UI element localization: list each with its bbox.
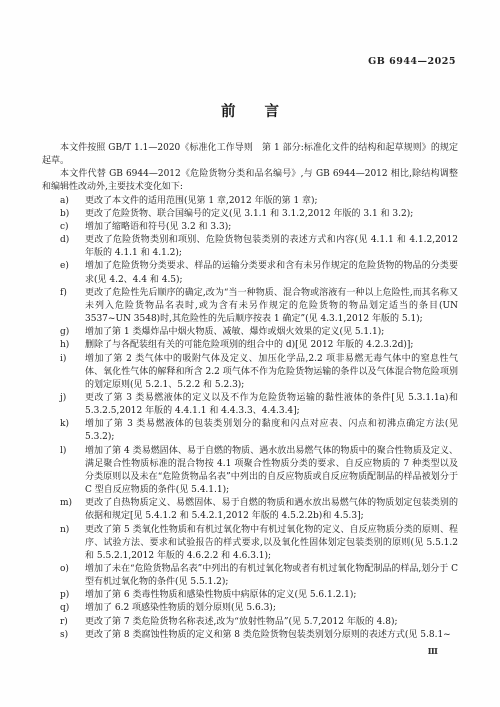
item-text: 更改了危险性先后顺序的确定,改为“当一种物质、混合物或溶液有一种以上危险性,而其… — [85, 287, 458, 326]
item-label: j) — [60, 392, 85, 405]
item-text: 更改了危险货物类别和项别、危险货物包装类别的表述方式和内容(见 4.1.1 和 … — [85, 234, 458, 260]
item-label: k) — [60, 418, 85, 431]
item-text: 增加了第 6 类毒性物质和感染性物质中病原体的定义(见 5.6.1.2.1); — [85, 589, 458, 602]
change-list-item: r) 更改了第 7 类危险货物名称表述,改为“放射性物品”(见 5.7,2012… — [42, 616, 458, 629]
change-list-item: p) 增加了第 6 类毒性物质和感染性物质中病原体的定义(见 5.6.1.2.1… — [42, 589, 458, 602]
item-text: 更改了第 3 类易燃液体的定义以及不作为危险货物运输的黏性液体的条件[见 5.3… — [85, 392, 458, 418]
change-list-item: c) 增加了缩略语和符号(见 3.2 和 3.3); — [42, 221, 458, 234]
item-label: n) — [60, 524, 85, 537]
item-label: a) — [60, 195, 85, 208]
item-text: 更改了第 8 类腐蚀性物质的定义和第 8 类危险货物包装类别划分原则的表述方式(… — [85, 629, 458, 642]
change-list-item: g) 增加了第 1 类爆炸品中烟火物质、减敏、爆炸或烟火效果的定义(见 5.1.… — [42, 326, 458, 339]
item-label: f) — [60, 287, 85, 300]
item-label: d) — [60, 234, 85, 247]
item-label: r) — [60, 616, 85, 629]
foreword-paragraph: 本文件按照 GB/T 1.1—2020《标准化工作导则 第 1 部分:标准化文件… — [42, 142, 458, 168]
item-text: 更改了危险货物、联合国编号的定义(见 3.1.1 和 3.1.2,2012 年版… — [85, 208, 458, 221]
item-text: 增加了第 1 类爆炸品中烟火物质、减敏、爆炸或烟火效果的定义(见 5.1.1); — [85, 326, 458, 339]
foreword-body: 本文件按照 GB/T 1.1—2020《标准化工作导则 第 1 部分:标准化文件… — [42, 142, 458, 642]
change-list-item: s) 更改了第 8 类腐蚀性物质的定义和第 8 类危险货物包装类别划分原则的表述… — [42, 629, 458, 642]
item-text: 更改了自热物质定义、易燃固体、易于自燃的物质和遇水放出易燃气体的物质划定包装类别… — [85, 497, 458, 523]
item-label: c) — [60, 221, 85, 234]
item-label: q) — [60, 602, 85, 615]
change-list-item: a) 更改了本文件的适用范围(见第 1 章,2012 年版的第 1 章); — [42, 195, 458, 208]
item-label: o) — [60, 563, 85, 576]
change-list-item: i) 增加了第 2 类气体中的吸附气体及定义、加压化学品,2.2 项非易燃无毒气… — [42, 353, 458, 392]
change-list-item: f) 更改了危险性先后顺序的确定,改为“当一种物质、混合物或溶液有一种以上危险性… — [42, 287, 458, 326]
item-text: 增加了未在“危险货物品名表”中列出的有机过氧化物或者有机过氧化物配制品的样品,划… — [85, 563, 458, 589]
change-list-item: m) 更改了自热物质定义、易燃固体、易于自燃的物质和遇水放出易燃气体的物质划定包… — [42, 497, 458, 523]
item-text: 删除了与各配装组有关的可能危险项别的组合中的 d)[见 2012 年版的 4.2… — [85, 339, 458, 352]
item-text: 更改了第 7 类危险货物名称表述,改为“放射性物品”(见 5.7,2012 年版… — [85, 616, 458, 629]
change-list-item: k) 增加了第 3 类易燃液体的包装类别划分的黏度和闪点对应表、闪点和初沸点确定… — [42, 418, 458, 444]
item-text: 增加了 6.2 项感染性物质的划分原则(见 5.6.3); — [85, 602, 458, 615]
change-list-item: q) 增加了 6.2 项感染性物质的划分原则(见 5.6.3); — [42, 602, 458, 615]
item-text: 增加了第 4 类易燃固体、易于自燃的物质、遇水放出易燃气体的物质中的聚合性物质及… — [85, 445, 458, 498]
item-text: 更改了本文件的适用范围(见第 1 章,2012 年版的第 1 章); — [85, 195, 458, 208]
change-list-item: l) 增加了第 4 类易燃固体、易于自燃的物质、遇水放出易燃气体的物质中的聚合性… — [42, 445, 458, 498]
change-list-item: h) 删除了与各配装组有关的可能危险项别的组合中的 d)[见 2012 年版的 … — [42, 339, 458, 352]
item-text: 增加了危险货物分类要求、样品的运输分类要求和含有未另作规定的危险货物的物品的分类… — [85, 260, 458, 286]
page-title: 前 言 — [0, 100, 500, 121]
item-label: b) — [60, 208, 85, 221]
change-list-item: d) 更改了危险货物类别和项别、危险货物包装类别的表述方式和内容(见 4.1.1… — [42, 234, 458, 260]
item-text: 增加了第 2 类气体中的吸附气体及定义、加压化学品,2.2 项非易燃无毒气体中的… — [85, 353, 458, 392]
item-label: p) — [60, 589, 85, 602]
standard-number: GB 6944—2025 — [368, 56, 456, 67]
change-list-item: o) 增加了未在“危险货物品名表”中列出的有机过氧化物或者有机过氧化物配制品的样… — [42, 563, 458, 589]
change-list-item: j) 更改了第 3 类易燃液体的定义以及不作为危险货物运输的黏性液体的条件[见 … — [42, 392, 458, 418]
change-list: a) 更改了本文件的适用范围(见第 1 章,2012 年版的第 1 章); b)… — [42, 195, 458, 642]
item-text: 增加了第 3 类易燃液体的包装类别划分的黏度和闪点对应表、闪点和初沸点确定方法(… — [85, 418, 458, 444]
document-page: GB 6944—2025 前 言 本文件按照 GB/T 1.1—2020《标准化… — [0, 0, 500, 707]
page-number: Ⅲ — [428, 647, 438, 657]
foreword-paragraph: 本文件代替 GB 6944—2012《危险货物分类和品名编号》,与 GB 694… — [42, 168, 458, 194]
item-label: i) — [60, 353, 85, 366]
item-label: s) — [60, 629, 85, 642]
item-label: m) — [60, 497, 85, 510]
item-label: h) — [60, 339, 85, 352]
item-label: e) — [60, 260, 85, 273]
item-label: g) — [60, 326, 85, 339]
item-text: 增加了缩略语和符号(见 3.2 和 3.3); — [85, 221, 458, 234]
change-list-item: e) 增加了危险货物分类要求、样品的运输分类要求和含有未另作规定的危险货物的物品… — [42, 260, 458, 286]
item-label: l) — [60, 445, 85, 458]
item-text: 更改了第 5 类氧化性物质和有机过氧化物中有机过氧化物的定义、自反应物质分类的原… — [85, 524, 458, 563]
change-list-item: b) 更改了危险货物、联合国编号的定义(见 3.1.1 和 3.1.2,2012… — [42, 208, 458, 221]
change-list-item: n) 更改了第 5 类氧化性物质和有机过氧化物中有机过氧化物的定义、自反应物质分… — [42, 524, 458, 563]
